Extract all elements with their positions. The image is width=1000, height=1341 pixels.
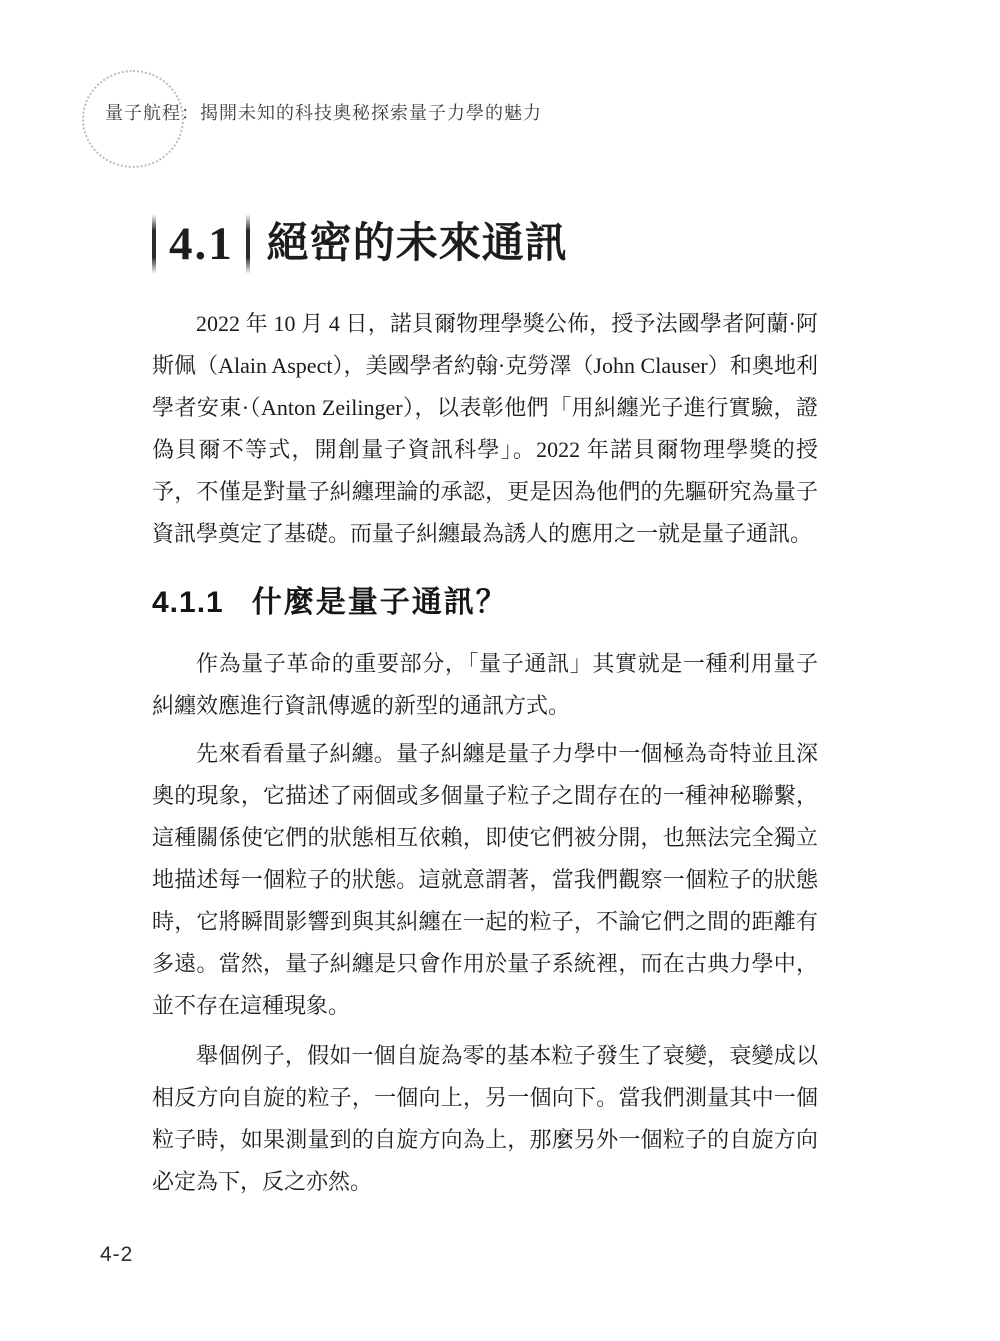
subsection-number: 4.1.1	[152, 585, 224, 621]
running-head: 量子航程：揭開未知的科技奧秘探索量子力學的魅力	[105, 99, 542, 125]
section-heading: 4.1 絕密的未來通訊	[152, 205, 818, 283]
section-number: 4.1	[169, 221, 234, 268]
page-number: 4-2	[100, 1243, 133, 1267]
paragraph-entanglement-description: 先來看看量子糾纏。量子糾纏是量子力學中一個極為奇特並且深奧的現象，它描述了兩個或…	[152, 733, 818, 1027]
paragraph-nobel-announcement: 2022 年 10 月 4 日，諾貝爾物理學獎公佈，授予法國學者阿蘭·阿斯佩（A…	[152, 303, 818, 555]
book-page: 量子航程：揭開未知的科技奧秘探索量子力學的魅力 4.1 絕密的未來通訊 2022…	[0, 0, 1000, 1341]
title-bar-right-icon	[246, 214, 250, 274]
paragraph-quantum-communication-definition: 作為量子革命的重要部分，「量子通訊」其實就是一種利用量子糾纏效應進行資訊傳遞的新…	[152, 643, 818, 727]
subsection-title: 什麼是量子通訊？	[252, 585, 508, 621]
title-bar-left-icon	[152, 214, 156, 274]
page-content: 4.1 絕密的未來通訊 2022 年 10 月 4 日，諾貝爾物理學獎公佈，授予…	[152, 205, 818, 1209]
subsection-heading: 4.1.1 什麼是量子通訊？	[152, 585, 818, 621]
section-title: 絕密的未來通訊	[267, 223, 568, 265]
paragraph-spin-example: 舉個例子，假如一個自旋為零的基本粒子發生了衰變，衰變成以相反方向自旋的粒子，一個…	[152, 1035, 818, 1203]
